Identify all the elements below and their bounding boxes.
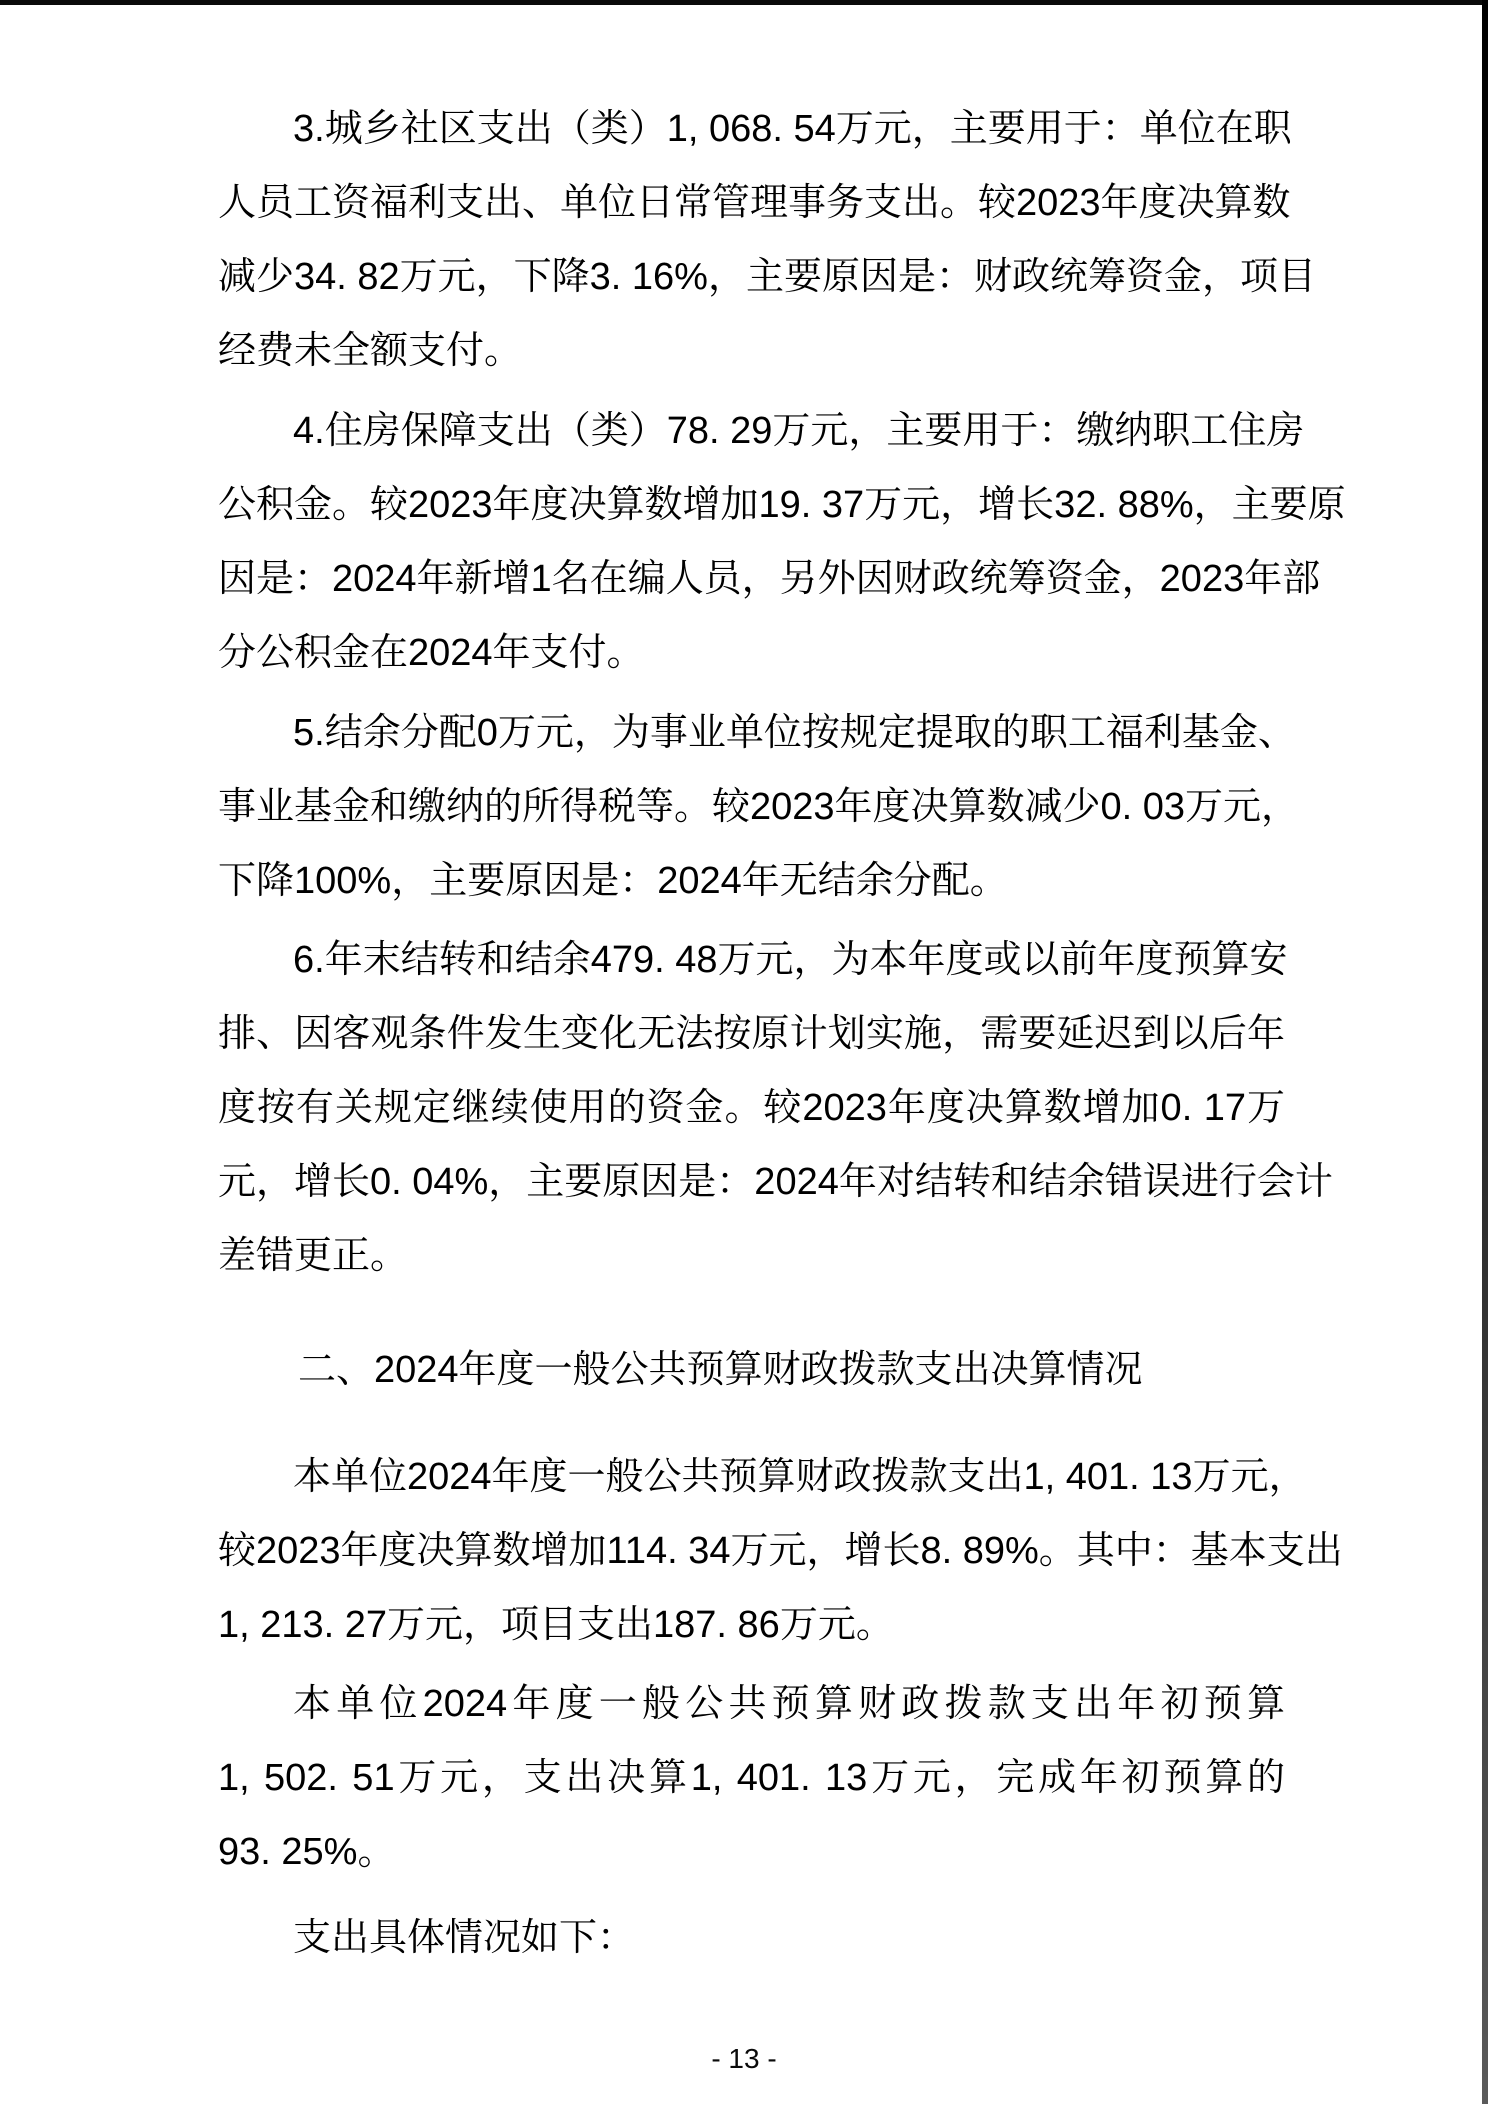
text-line: 公积金。较2023年度决算数增加19. 37万元，增长32. 88%，主要原 (218, 468, 1285, 542)
text-line: 3.城乡社区支出（类）1, 068. 54万元，主要用于：单位在职 (293, 92, 1285, 166)
text-line: 分公积金在2024年支付。 (218, 616, 1285, 690)
text-line: 人员工资福利支出、单位日常管理事务支出。较2023年度决算数 (218, 166, 1285, 240)
text-line: 度按有关规定继续使用的资金。较2023年度决算数增加0. 17万 (218, 1071, 1285, 1145)
text-line: 6.年末结转和结余479. 48万元，为本年度或以前年度预算安 (293, 923, 1285, 997)
scan-edge-right (1482, 0, 1488, 2104)
paragraph-urban-rural-community-expense: 3.城乡社区支出（类）1, 068. 54万元，主要用于：单位在职 人员工资福利… (218, 92, 1285, 388)
text-line: 较2023年度决算数增加114. 34万元，增长8. 89%。其中：基本支出 (218, 1514, 1285, 1588)
text-line: 减少34. 82万元，下降3. 16%，主要原因是：财政统筹资金，项目 (218, 240, 1285, 314)
section-heading: 二、2024年度一般公共预算财政拨款支出决算情况 (298, 1333, 1285, 1407)
paragraph-expense-details-lead: 支出具体情况如下： (218, 1901, 1285, 1975)
text-line: 下降100%，主要原因是：2024年无结余分配。 (218, 844, 1285, 918)
text-line: 差错更正。 (218, 1219, 1285, 1293)
text-line: 排、因客观条件发生变化无法按原计划实施，需要延迟到以后年 (218, 997, 1285, 1071)
page-content: 3.城乡社区支出（类）1, 068. 54万元，主要用于：单位在职 人员工资福利… (218, 92, 1285, 1975)
text-line: 事业基金和缴纳的所得税等。较2023年度决算数减少0. 03万元， (218, 770, 1285, 844)
text-line: 4.住房保障支出（类）78. 29万元，主要用于：缴纳职工住房 (293, 394, 1285, 468)
scanned-document-page: { "page": { "footer": { "page_number": "… (0, 0, 1488, 2104)
text-line: 经费未全额支付。 (218, 314, 1285, 388)
text-line: 因是：2024年新增1名在编人员，另外因财政统筹资金，2023年部 (218, 542, 1285, 616)
paragraph-surplus-distribution: 5.结余分配0万元，为事业单位按规定提取的职工福利基金、 事业基金和缴纳的所得税… (218, 696, 1285, 918)
text-line: 1, 502. 51万元，支出决算1, 401. 13万元，完成年初预算的 (218, 1741, 1285, 1815)
text-line: 元，增长0. 04%，主要原因是：2024年对结转和结余错误进行会计 (218, 1145, 1285, 1219)
scan-edge-top (0, 0, 1488, 5)
text-line: 本单位2024年度一般公共预算财政拨款支出1, 401. 13万元， (293, 1440, 1285, 1514)
paragraph-year-end-carryover: 6.年末结转和结余479. 48万元，为本年度或以前年度预算安 排、因客观条件发… (218, 923, 1285, 1293)
text-line: 93. 25%。 (218, 1815, 1285, 1889)
paragraph-initial-budget-completion: 本单位2024年度一般公共预算财政拨款支出年初预算 1, 502. 51万元，支… (218, 1667, 1285, 1889)
text-line: 1, 213. 27万元，项目支出187. 86万元。 (218, 1588, 1285, 1662)
page-number: - 13 - (0, 2042, 1488, 2076)
text-line: 5.结余分配0万元，为事业单位按规定提取的职工福利基金、 (293, 696, 1285, 770)
text-line: 本单位2024年度一般公共预算财政拨款支出年初预算 (293, 1667, 1285, 1741)
paragraph-housing-security-expense: 4.住房保障支出（类）78. 29万元，主要用于：缴纳职工住房 公积金。较202… (218, 394, 1285, 690)
text-line: 支出具体情况如下： (293, 1901, 1285, 1975)
paragraph-budget-expense-overview: 本单位2024年度一般公共预算财政拨款支出1, 401. 13万元， 较2023… (218, 1440, 1285, 1662)
